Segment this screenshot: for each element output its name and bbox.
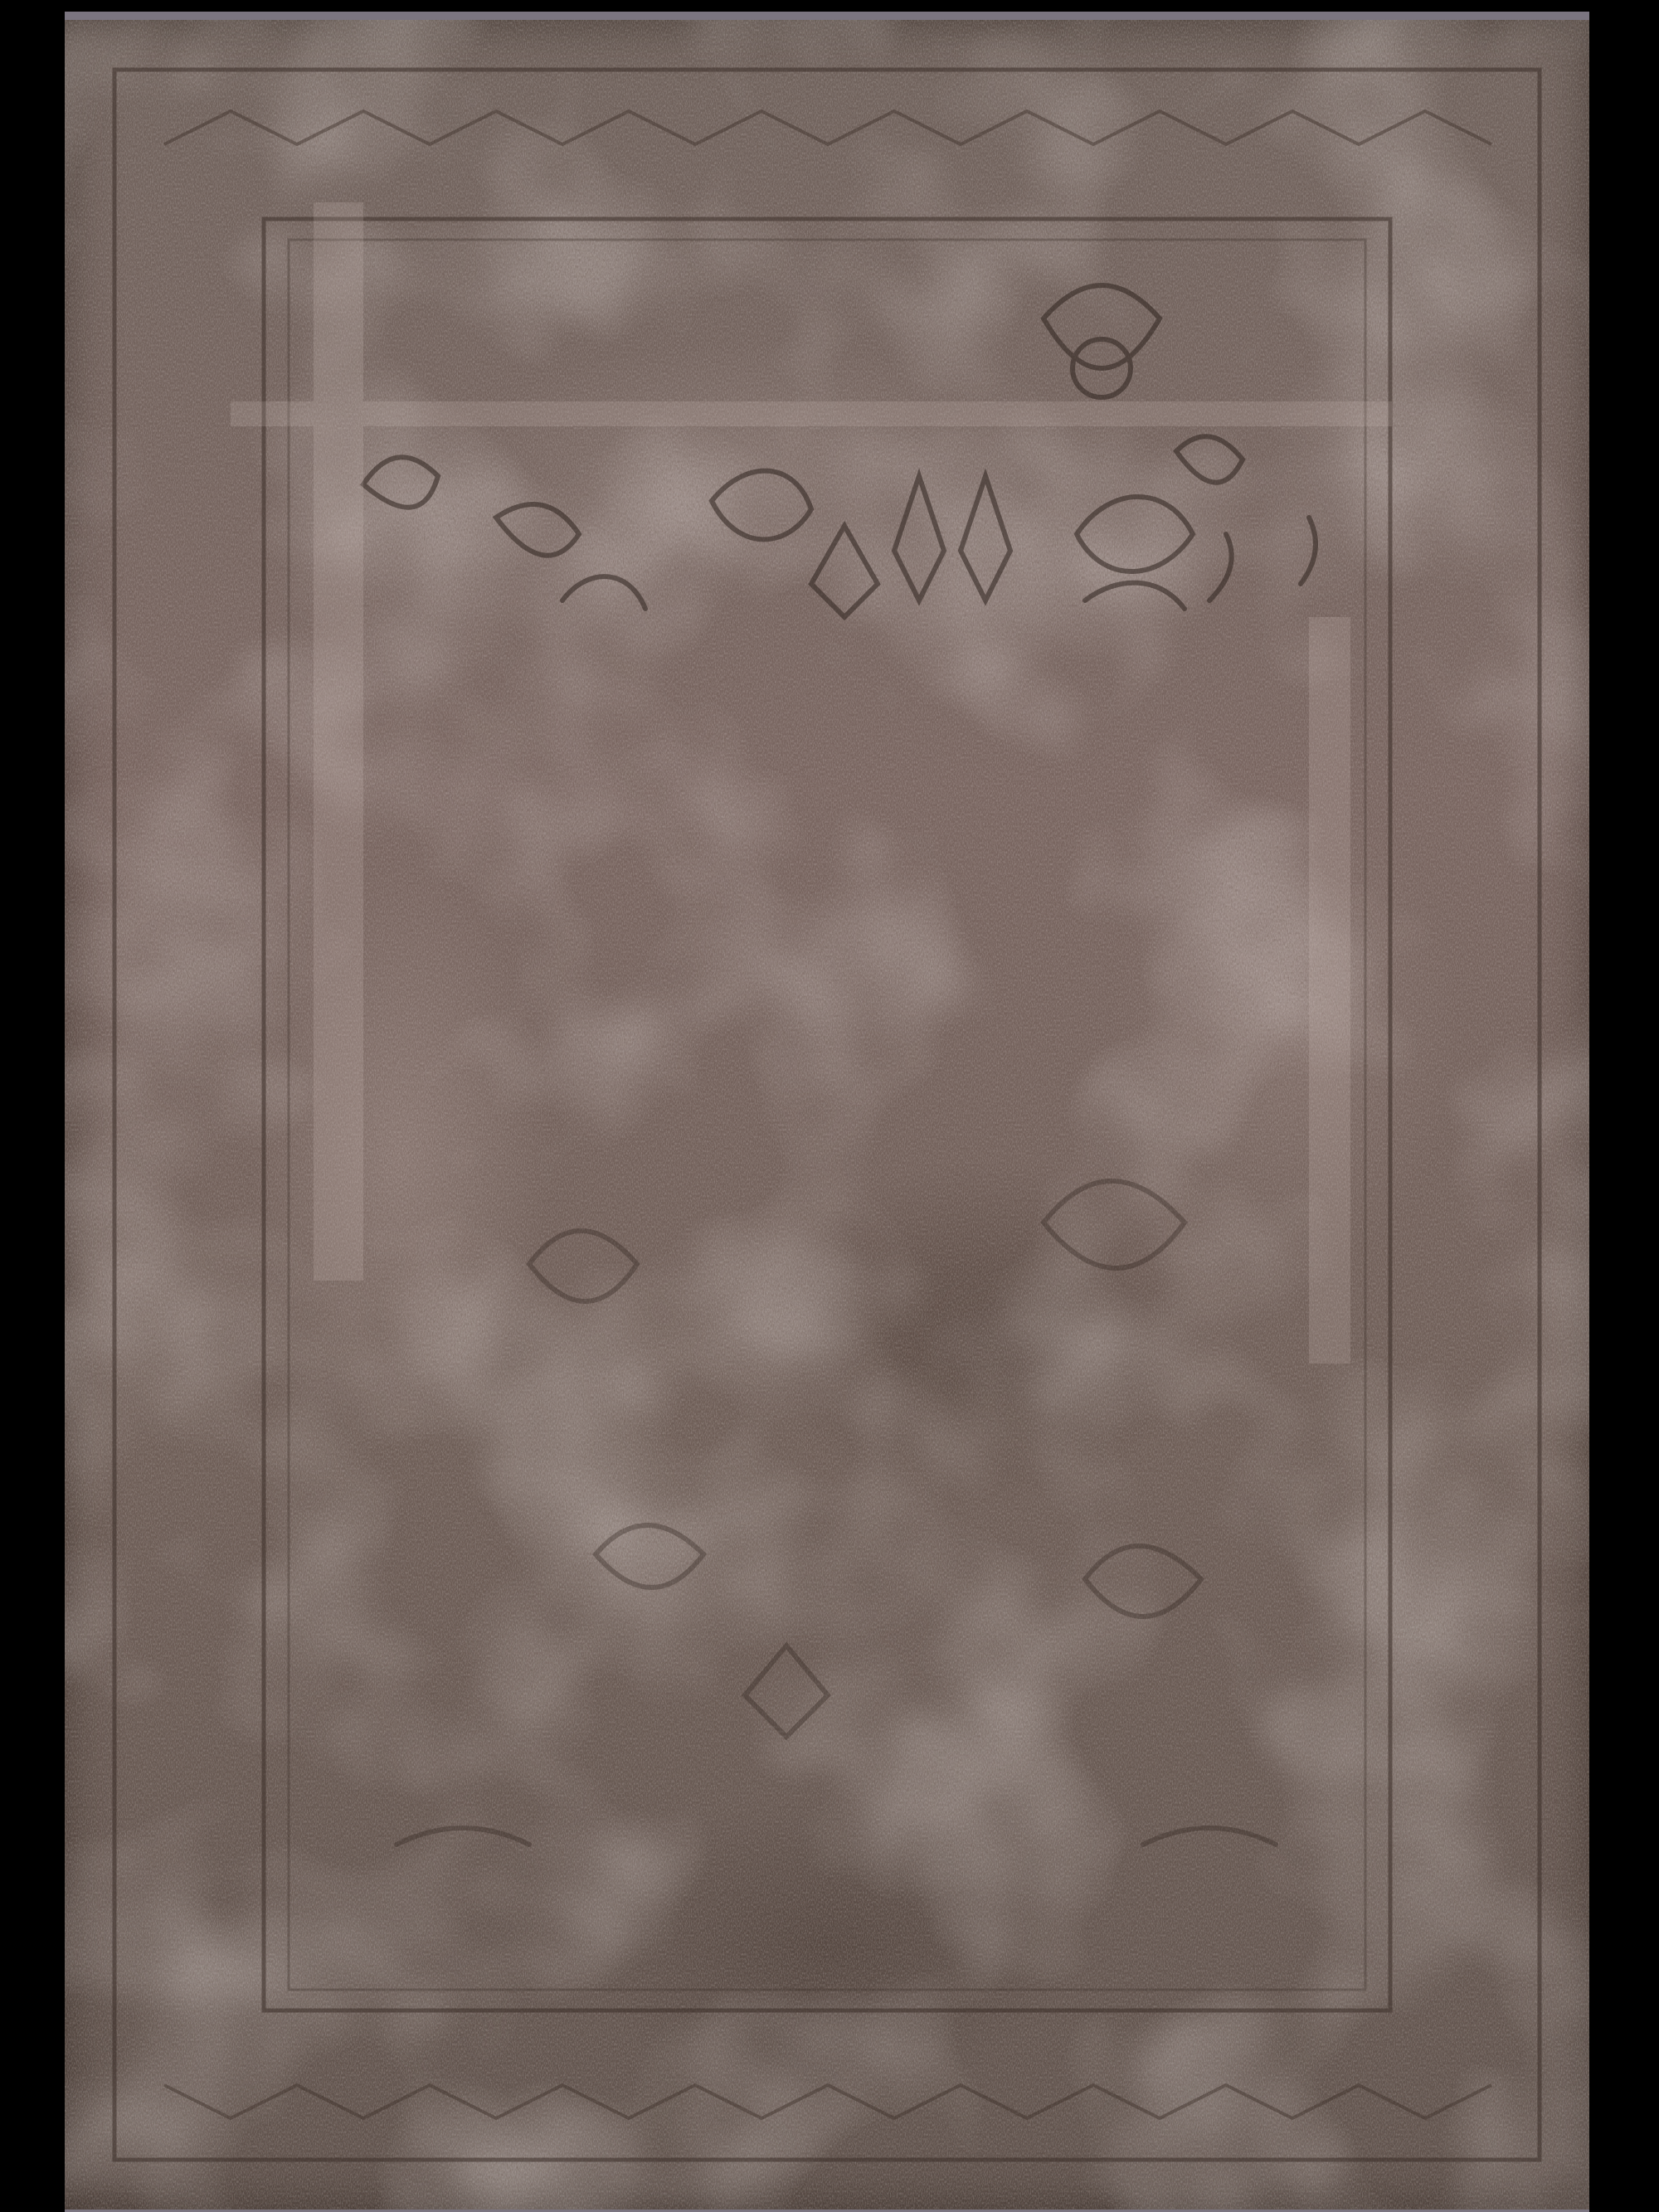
rug-photo <box>65 12 1589 2212</box>
rug-texture-and-motifs <box>65 20 1589 2210</box>
